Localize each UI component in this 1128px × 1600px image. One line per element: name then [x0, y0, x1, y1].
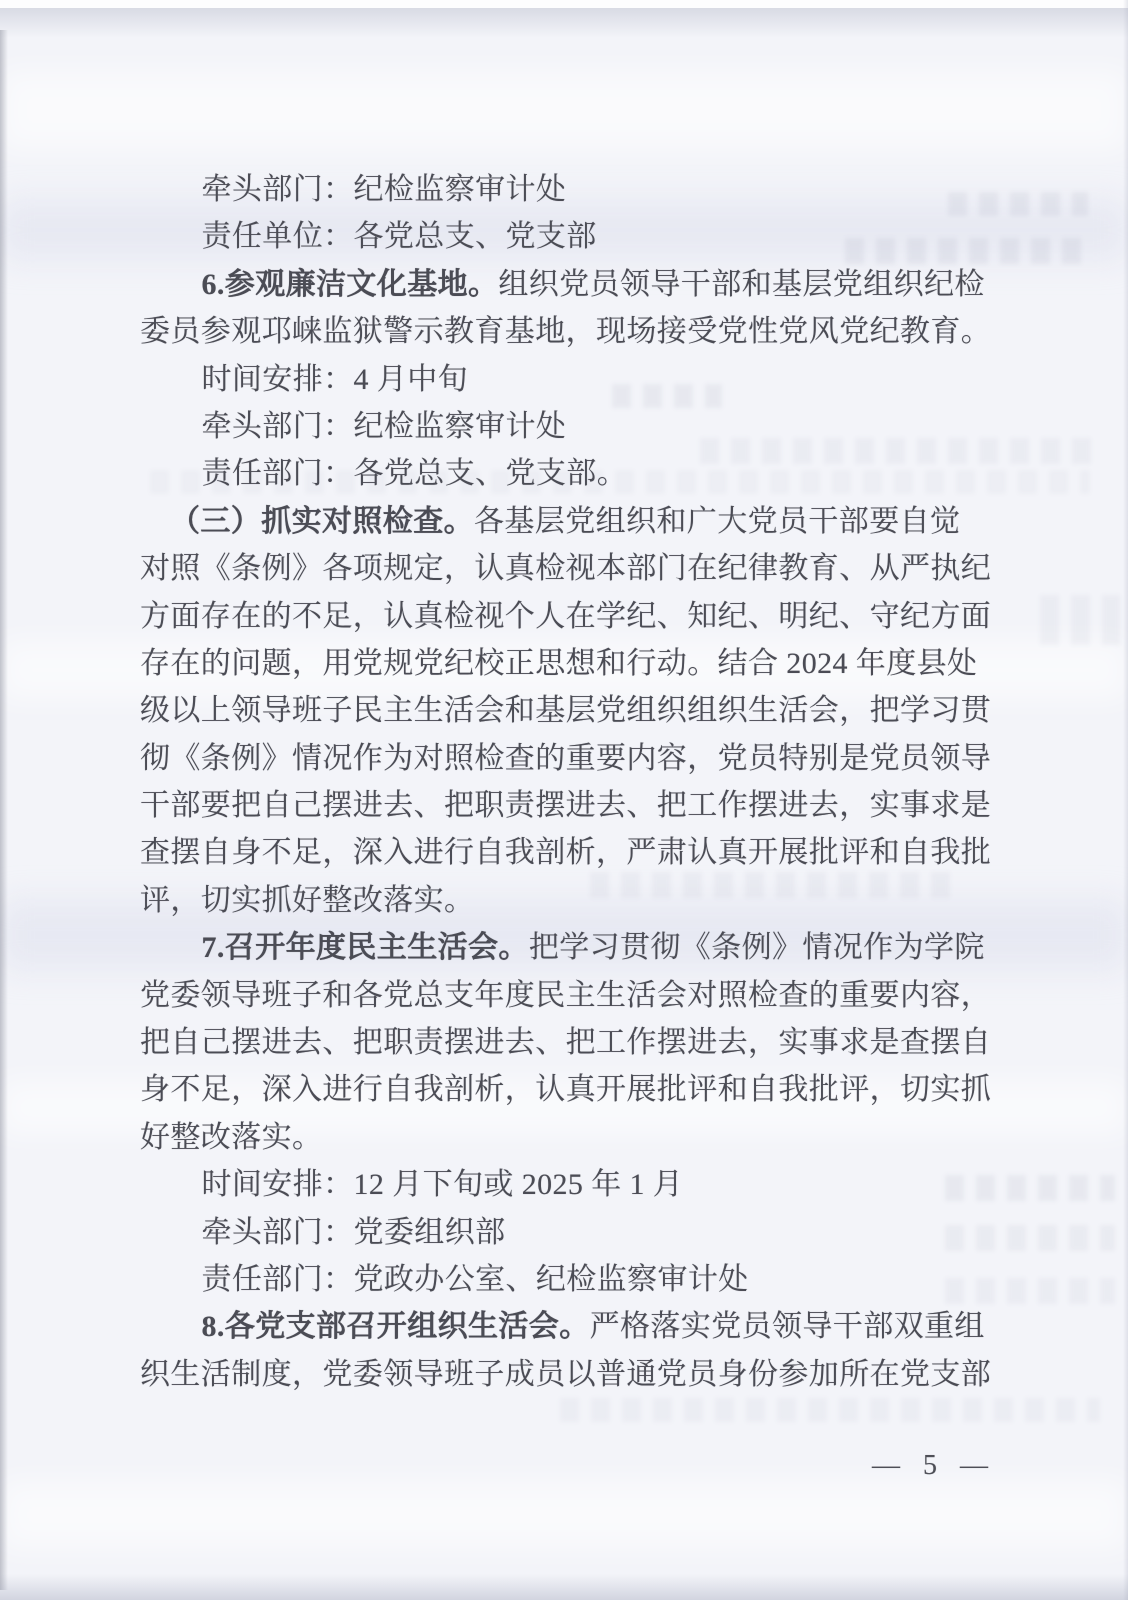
line-text: 党委领导班子和各党总支年度民主生活会对照检查的重要内容，	[140, 979, 991, 1012]
scan-edge	[0, 8, 1128, 38]
text-line: 把自己摆进去、把职责摆进去、把工作摆进去，实事求是查摆自	[140, 1019, 996, 1066]
line-text: 查摆自身不足，深入进行自我剖析，严肃认真开展批评和自我批	[140, 836, 991, 869]
text-line: 干部要把自己摆进去、把职责摆进去、把工作摆进去，实事求是	[140, 782, 996, 829]
heading-text: 7.召开年度民主生活会。	[202, 931, 529, 964]
line-text: 责任单位：各党总支、党支部	[202, 220, 597, 253]
heading-text: 6.参观廉洁文化基地。	[202, 268, 499, 301]
line-text: 严格落实党员领导干部双重组	[590, 1310, 985, 1343]
page-number: — 5 —	[872, 1450, 996, 1482]
scanned-page: 牵头部门：纪检监察审计处 责任单位：各党总支、党支部 6.参观廉洁文化基地。组织…	[0, 0, 1128, 1600]
scan-edge	[0, 0, 1128, 8]
line-text: 组织党员领导干部和基层党组织纪检	[498, 268, 984, 301]
text-line: 方面存在的不足，认真检视个人在学纪、知纪、明纪、守纪方面	[140, 593, 996, 640]
line-text: 对照《条例》各项规定，认真检视本部门在纪律教育、从严执纪	[140, 552, 991, 585]
text-line: 级以上领导班子民主生活会和基层党组织组织生活会，把学习贯	[140, 687, 996, 734]
line-text: 把学习贯彻《条例》情况作为学院	[529, 931, 985, 964]
bleed-through-smudge	[1040, 595, 1120, 645]
text-line: 查摆自身不足，深入进行自我剖析，严肃认真开展批评和自我批	[140, 829, 996, 876]
bleed-through-smudge	[560, 1398, 1100, 1422]
text-line: 评，切实抓好整改落实。	[140, 877, 996, 924]
document-body: 牵头部门：纪检监察审计处 责任单位：各党总支、党支部 6.参观廉洁文化基地。组织…	[140, 166, 996, 1398]
scan-band	[0, 70, 1128, 150]
line-text: 方面存在的不足，认真检视个人在学纪、知纪、明纪、守纪方面	[140, 600, 991, 633]
line-text: 牵头部门：党委组织部	[202, 1216, 506, 1249]
text-line: 织生活制度，党委领导班子成员以普通党员身份参加所在党支部	[140, 1351, 996, 1398]
line-text: 责任部门：党政办公室、纪检监察审计处	[202, 1263, 749, 1296]
line-text: 时间安排：12 月下旬或 2025 年 1 月	[202, 1168, 684, 1201]
scan-edge	[0, 30, 8, 1590]
line-text: 各基层党组织和广大党员干部要自觉	[474, 505, 960, 538]
line-text: 级以上领导班子民主生活会和基层党组织组织生活会，把学习贯	[140, 694, 991, 727]
line-text: 牵头部门：纪检监察审计处	[202, 173, 567, 206]
text-line: 责任部门：各党总支、党支部。	[140, 450, 996, 497]
text-line: 7.召开年度民主生活会。把学习贯彻《条例》情况作为学院	[140, 924, 996, 971]
line-text: 责任部门：各党总支、党支部。	[202, 457, 628, 490]
line-text: 织生活制度，党委领导班子成员以普通党员身份参加所在党支部	[140, 1358, 991, 1391]
text-line: 牵头部门：党委组织部	[140, 1209, 996, 1256]
text-line: 8.各党支部召开组织生活会。严格落实党员领导干部双重组	[140, 1303, 996, 1350]
line-text: 存在的问题，用党规党纪校正思想和行动。结合 2024 年度县处	[140, 647, 977, 680]
line-text: 好整改落实。	[140, 1121, 322, 1154]
line-text: 身不足，深入进行自我剖析，认真开展批评和自我批评，切实抓	[140, 1073, 991, 1106]
text-line: 彻《条例》情况作为对照检查的重要内容，党员特别是党员领导	[140, 735, 996, 782]
text-line: 责任单位：各党总支、党支部	[140, 213, 996, 260]
line-text: 干部要把自己摆进去、把职责摆进去、把工作摆进去，实事求是	[140, 789, 991, 822]
text-line: 牵头部门：纪检监察审计处	[140, 166, 996, 213]
text-line: 委员参观邛崃监狱警示教育基地，现场接受党性党风党纪教育。	[140, 308, 996, 355]
text-line: 时间安排：4 月中旬	[140, 356, 996, 403]
text-line: 党委领导班子和各党总支年度民主生活会对照检查的重要内容，	[140, 972, 996, 1019]
line-text: 评，切实抓好整改落实。	[140, 884, 474, 917]
heading-text: （三）抓实对照检查。	[170, 505, 474, 538]
text-line: 存在的问题，用党规党纪校正思想和行动。结合 2024 年度县处	[140, 640, 996, 687]
line-text: 牵头部门：纪检监察审计处	[202, 410, 567, 443]
line-text: 委员参观邛崃监狱警示教育基地，现场接受党性党风党纪教育。	[140, 315, 991, 348]
text-line: 6.参观廉洁文化基地。组织党员领导干部和基层党组织纪检	[140, 261, 996, 308]
line-text: 彻《条例》情况作为对照检查的重要内容，党员特别是党员领导	[140, 742, 991, 775]
text-line: （三）抓实对照检查。各基层党组织和广大党员干部要自觉	[140, 498, 996, 545]
scan-edge	[0, 1574, 1128, 1600]
line-text: 时间安排：4 月中旬	[202, 363, 469, 396]
text-line: 牵头部门：纪检监察审计处	[140, 403, 996, 450]
text-line: 时间安排：12 月下旬或 2025 年 1 月	[140, 1161, 996, 1208]
text-line: 对照《条例》各项规定，认真检视本部门在纪律教育、从严执纪	[140, 545, 996, 592]
text-line: 好整改落实。	[140, 1114, 996, 1161]
scan-edge	[1123, 0, 1128, 1600]
text-line: 身不足，深入进行自我剖析，认真开展批评和自我批评，切实抓	[140, 1066, 996, 1113]
line-text: 把自己摆进去、把职责摆进去、把工作摆进去，实事求是查摆自	[140, 1026, 991, 1059]
text-line: 责任部门：党政办公室、纪检监察审计处	[140, 1256, 996, 1303]
heading-text: 8.各党支部召开组织生活会。	[202, 1310, 590, 1343]
scan-band	[0, 1480, 1128, 1550]
